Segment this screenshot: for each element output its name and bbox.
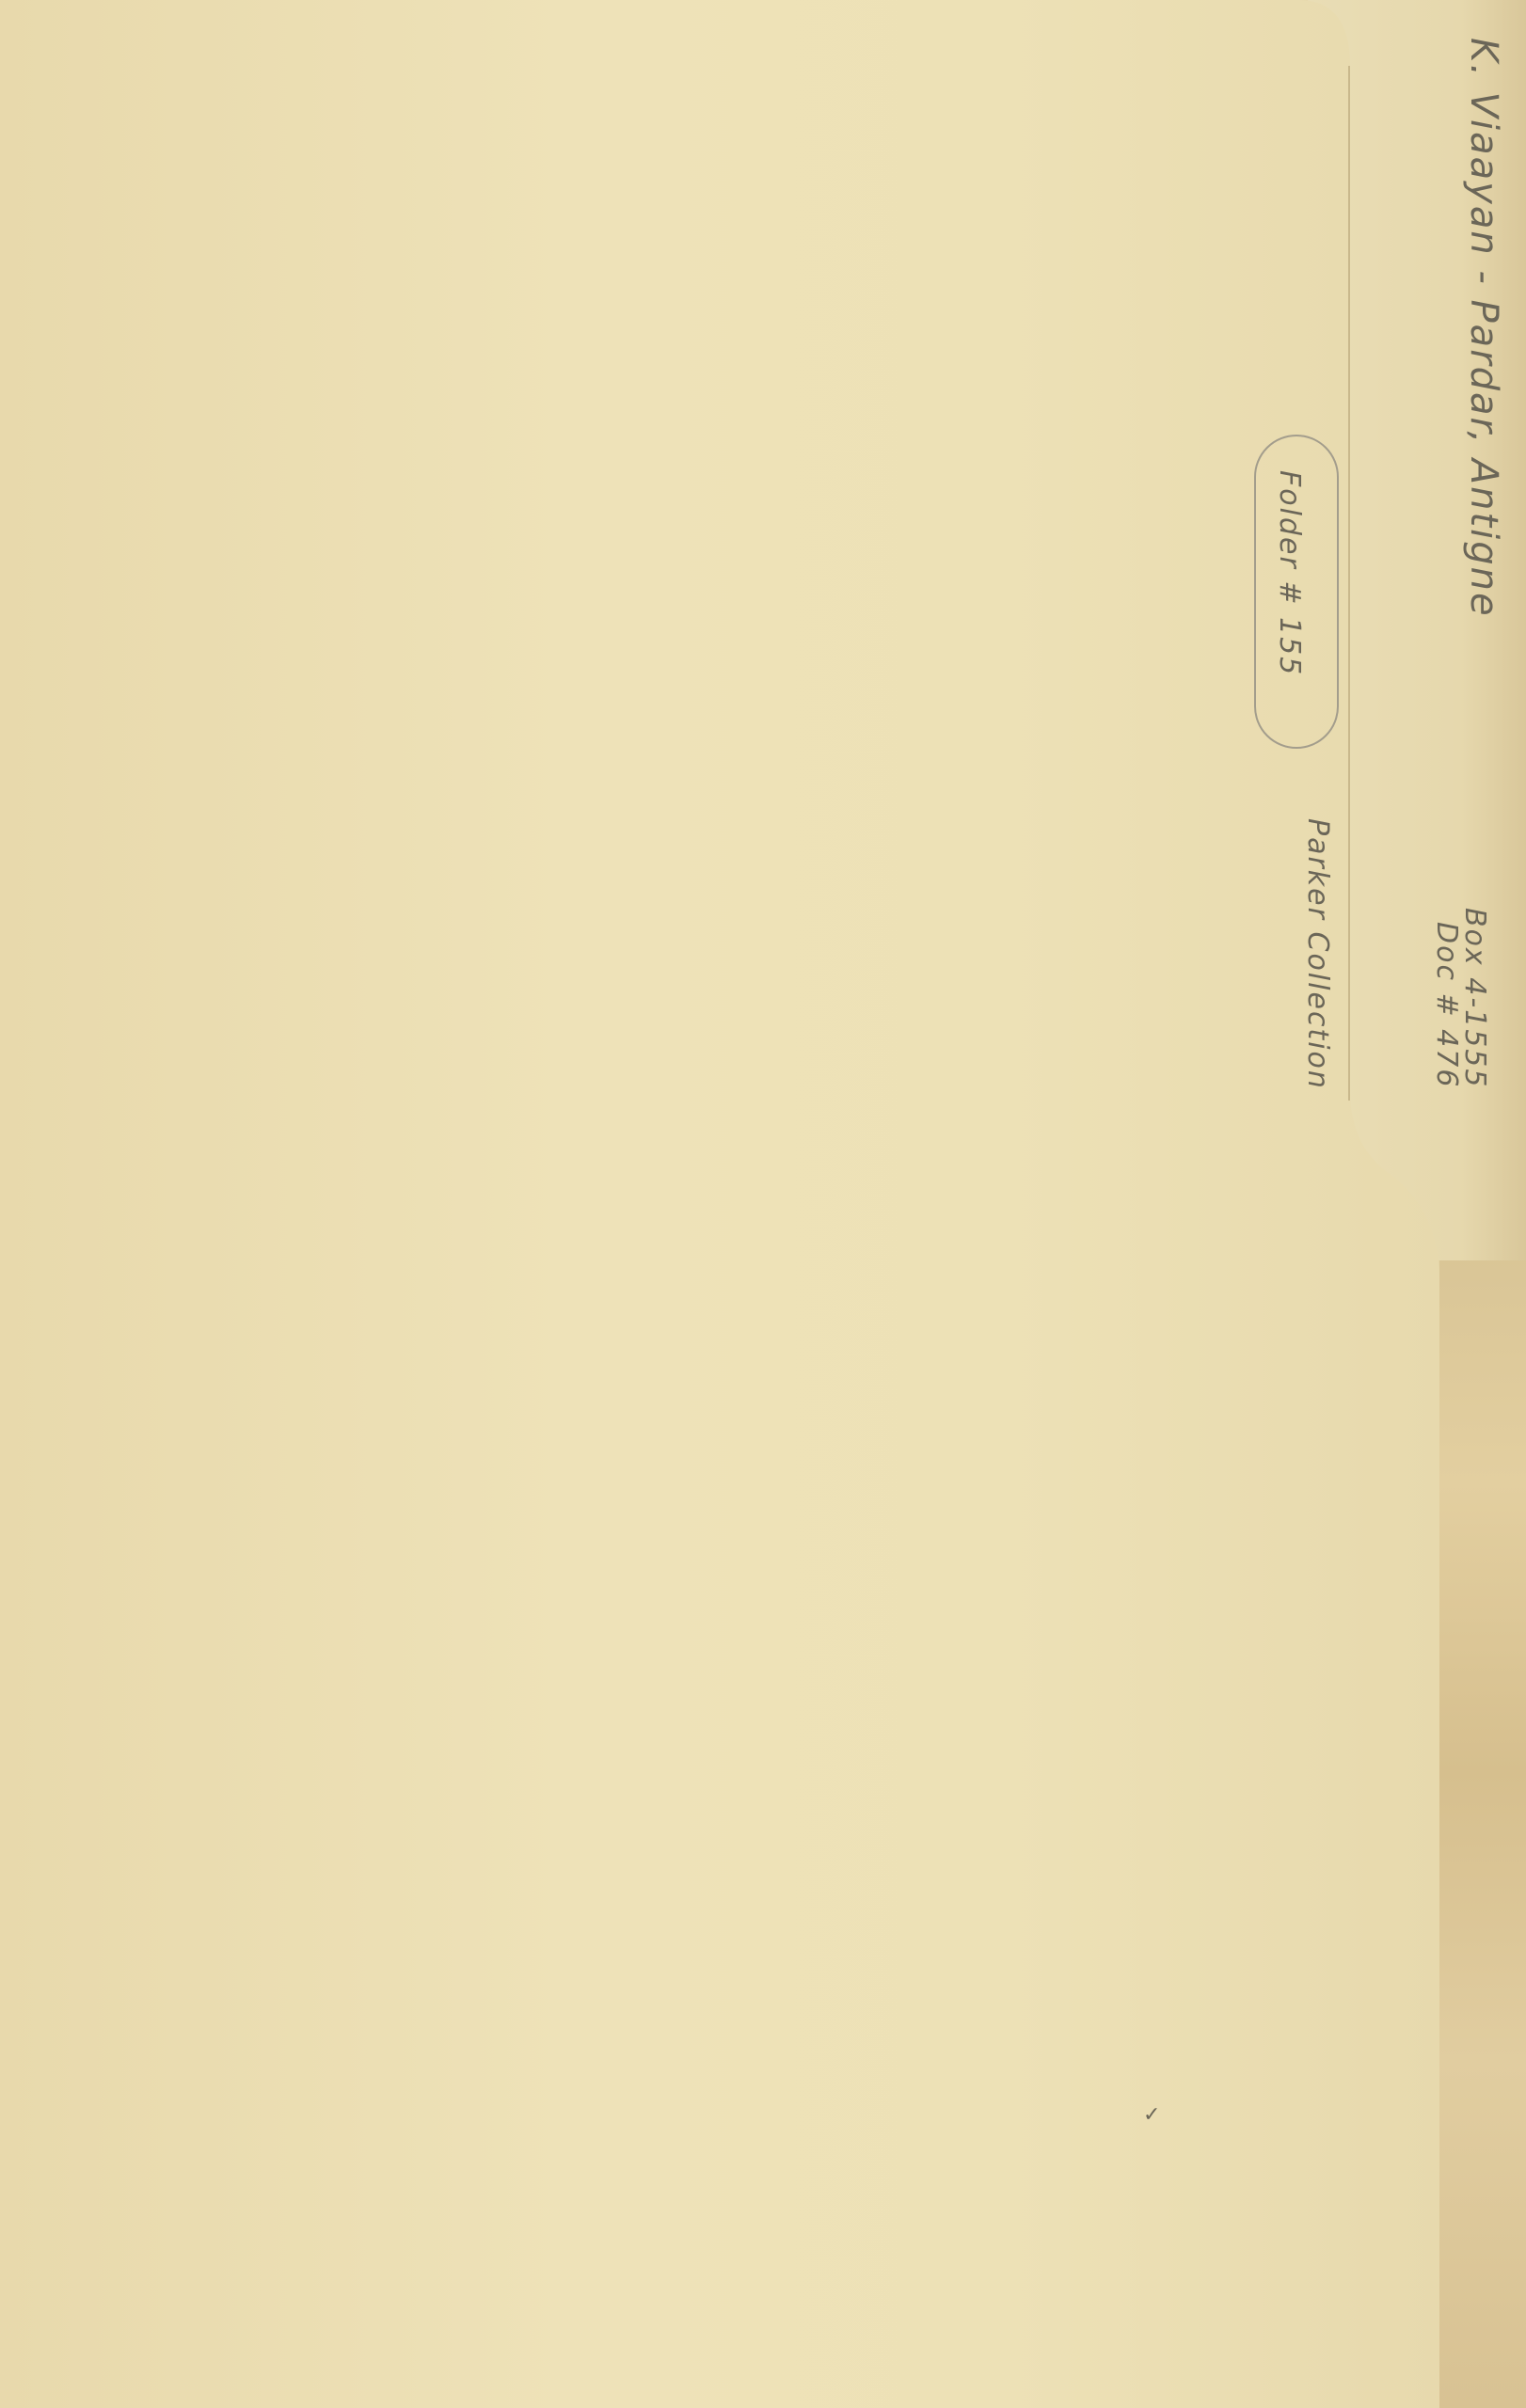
collection-handwriting: Parker Collection bbox=[1301, 818, 1334, 1090]
check-mark: ✓ bbox=[1143, 2103, 1160, 2127]
folder-edge-stained-strip bbox=[1439, 1251, 1526, 2408]
doc-number-handwriting: Doc # 476 bbox=[1430, 922, 1463, 1088]
folder-front-cover bbox=[0, 0, 1439, 2408]
tab-edge-line bbox=[1348, 66, 1350, 1101]
folder-number-handwriting: Folder # 155 bbox=[1273, 470, 1306, 676]
box-number-handwriting: Box 4-1555 bbox=[1458, 908, 1491, 1089]
tab-label-handwriting: K. Viaayan - Pardar, Antigne bbox=[1462, 38, 1505, 618]
